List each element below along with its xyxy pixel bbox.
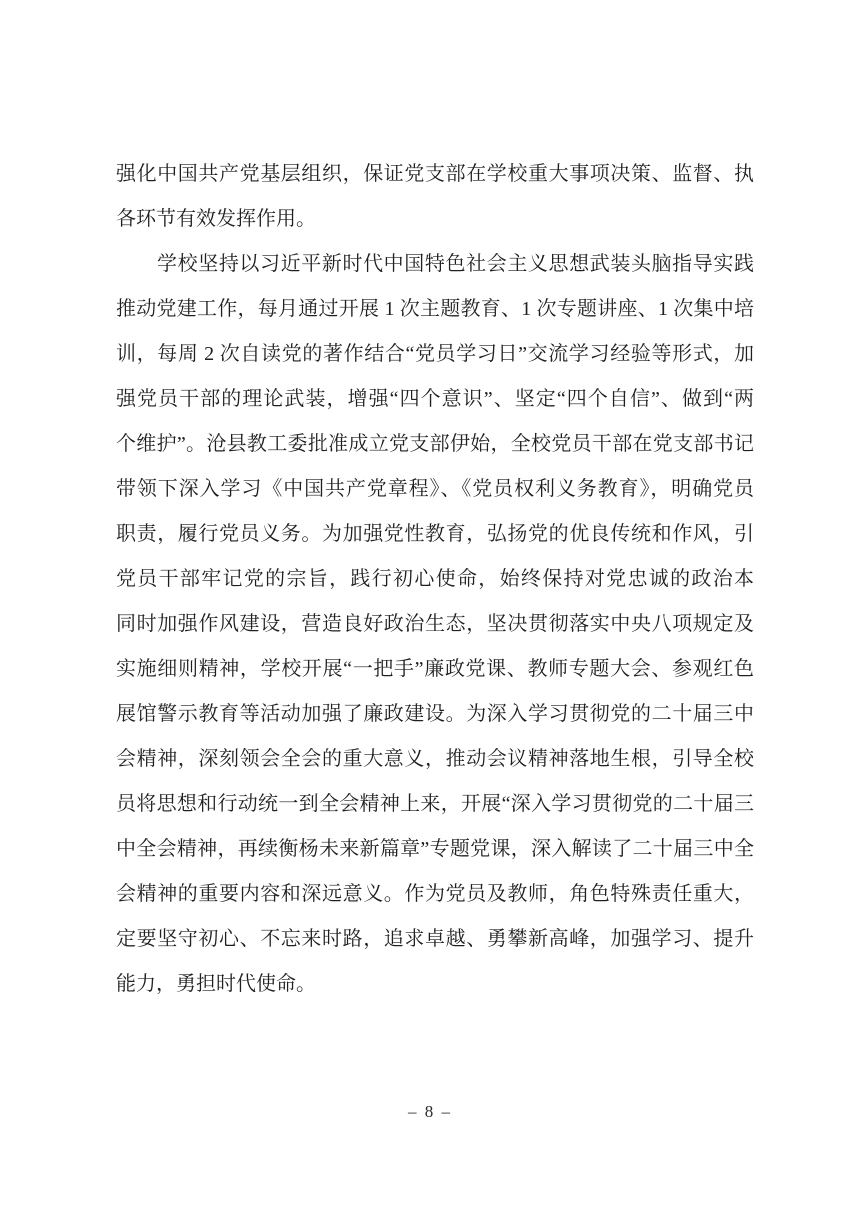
doc-line-paragraph-start: 学校坚持以习近平新时代中国特色社会主义思想武装头脑指导实践 [116, 242, 754, 287]
doc-line: 带领下深入学习《中国共产党章程》、《党员权利义务教育》，明确党员 [116, 467, 754, 512]
document-page: 强化中国共产党基层组织，保证党支部在学校重大事项决策、监督、执行 各环节有效发挥… [0, 0, 860, 1216]
doc-line: 中全会精神，再续衡杨未来新篇章”专题党课，深入解读了二十届三中全 [116, 827, 754, 872]
doc-line: 定要坚守初心、不忘来时路，追求卓越、勇攀新高峰，加强学习、提升新 [116, 917, 754, 962]
page-number: – 8 – [0, 1096, 860, 1128]
doc-line: 展馆警示教育等活动加强了廉政建设。为深入学习贯彻党的二十届三中全 [116, 692, 754, 737]
doc-line: 强党员干部的理论武装，增强“四个意识”、坚定“四个自信”、做到“两 [116, 377, 754, 422]
doc-line-paragraph-end: 各环节有效发挥作用。 [116, 197, 754, 242]
doc-line-paragraph-end: 能力，勇担时代使命。 [116, 962, 754, 1007]
doc-line: 同时加强作风建设，营造良好政治生态，坚决贯彻落实中央八项规定及其 [116, 602, 754, 647]
doc-line: 员将思想和行动统一到全会精神上来，开展“深入学习贯彻党的二十届三 [116, 782, 754, 827]
doc-line: 会精神，深刻领会全会的重大意义，推动会议精神落地生根，引导全校党 [116, 737, 754, 782]
doc-line: 职责，履行党员义务。为加强党性教育，弘扬党的优良传统和作风，引导 [116, 512, 754, 557]
doc-line: 党员干部牢记党的宗旨，践行初心使命，始终保持对党忠诚的政治本色。 [116, 557, 754, 602]
doc-line: 推动党建工作，每月通过开展 1 次主题教育、1 次专题讲座、1 次集中培 [116, 287, 754, 332]
doc-line: 实施细则精神，学校开展“一把手”廉政党课、教师专题大会、参观红色 [116, 647, 754, 692]
doc-line: 强化中国共产党基层组织，保证党支部在学校重大事项决策、监督、执行 [116, 152, 754, 197]
doc-line: 训，每周 2 次自读党的著作结合“党员学习日”交流学习经验等形式，加 [116, 332, 754, 377]
document-text-body: 强化中国共产党基层组织，保证党支部在学校重大事项决策、监督、执行 各环节有效发挥… [116, 152, 754, 1007]
doc-line: 个维护”。沧县教工委批准成立党支部伊始，全校党员干部在党支部书记 [116, 422, 754, 467]
doc-line: 会精神的重要内容和深远意义。作为党员及教师，角色特殊责任重大，一 [116, 872, 754, 917]
